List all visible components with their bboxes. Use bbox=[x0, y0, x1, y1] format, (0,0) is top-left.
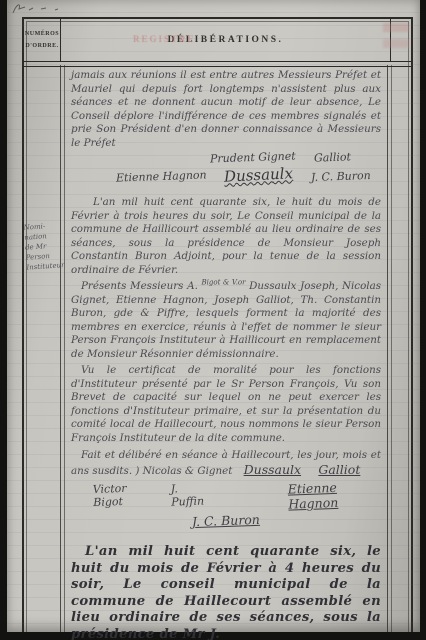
numeros-column-header: NUMÉROS D'ORDRE. bbox=[24, 19, 61, 61]
margin-note-nomination: Nomi- nation de Mr Person Instituteur bbox=[23, 219, 76, 272]
signature-j-puffin: J. Puffin bbox=[171, 481, 211, 508]
entry2-seance-paragraph: L'an mil huit cent quarante six, le huit… bbox=[71, 196, 381, 277]
entry1-signature-row-2: Etienne Hagnon Dussaulx J. C. Buron bbox=[71, 166, 381, 184]
entry1-signature-row-1: Prudent Gignet Galliot bbox=[71, 151, 381, 164]
form-header-row: NUMÉROS D'ORDRE. REGISTRE DÉLIBÉRATIONS. bbox=[24, 19, 411, 61]
right-margin-rule bbox=[387, 65, 392, 632]
pink-stamp-patch bbox=[383, 23, 409, 32]
pink-stamp-patch-2 bbox=[383, 39, 409, 48]
faded-red-stamp-text: REGISTRE bbox=[133, 34, 196, 44]
printed-form-frame: NUMÉROS D'ORDRE. REGISTRE DÉLIBÉRATIONS.… bbox=[22, 17, 413, 632]
entry2-vu-paragraph: Vu le certificat de moralité pour les fo… bbox=[71, 364, 381, 445]
right-margin-header-cell bbox=[390, 19, 411, 61]
signature-dussaulx: Dussaulx bbox=[224, 164, 294, 186]
entry1-deliberation-text: jamais aux réunions il est entre autres … bbox=[71, 69, 381, 150]
margin-note-line: Instituteur bbox=[26, 259, 77, 272]
handwritten-content-area: jamais aux réunions il est entre autres … bbox=[65, 65, 387, 632]
numeros-label-line2: D'ORDRE. bbox=[25, 43, 58, 49]
scanned-register-page: NUMÉROS D'ORDRE. REGISTRE DÉLIBÉRATIONS.… bbox=[0, 0, 426, 640]
signature-etienne-hagnon: Etienne Hagnon bbox=[116, 168, 207, 184]
signature-dussaulx-2: Dussaulx bbox=[244, 462, 301, 477]
presents-text-pre: Présents Messieurs A. bbox=[81, 280, 198, 292]
entry2-signature-row-1: Victor Bigot J. Puffin Etienne Hagnon bbox=[71, 480, 381, 510]
signature-jc-buron-2: J. C. Buron bbox=[192, 512, 260, 529]
title-cell: REGISTRE DÉLIBÉRATIONS. bbox=[61, 19, 390, 61]
entry3-seance-paragraph: L'an mil huit cent quarante six, le huit… bbox=[71, 544, 381, 640]
signature-victor-bigot: Victor Bigot bbox=[93, 481, 154, 509]
entry2-fait-paragraph: Fait et délibéré en séance à Haillecourt… bbox=[71, 449, 381, 478]
numeros-label-line1: NUMÉROS bbox=[25, 31, 59, 37]
interline-insertion: Bigot & V.or bbox=[202, 279, 246, 287]
paper-sheet: NUMÉROS D'ORDRE. REGISTRE DÉLIBÉRATIONS.… bbox=[7, 0, 420, 632]
signature-prudent-gignet: Prudent Gignet bbox=[210, 150, 296, 166]
entry2-presents-paragraph: Présents Messieurs A. Bigot & V.or Dussa… bbox=[71, 280, 381, 361]
ink-squiggle-mark bbox=[11, 1, 71, 17]
entry2-signature-row-2: J. C. Buron bbox=[71, 513, 381, 528]
signature-galliot-2: Galliot bbox=[318, 462, 360, 477]
signature-galliot: Galliot bbox=[314, 150, 351, 164]
signature-jc-buron: J. C. Buron bbox=[311, 169, 371, 184]
signature-etienne-hagnon-2: Etienne Hagnon bbox=[288, 478, 382, 511]
